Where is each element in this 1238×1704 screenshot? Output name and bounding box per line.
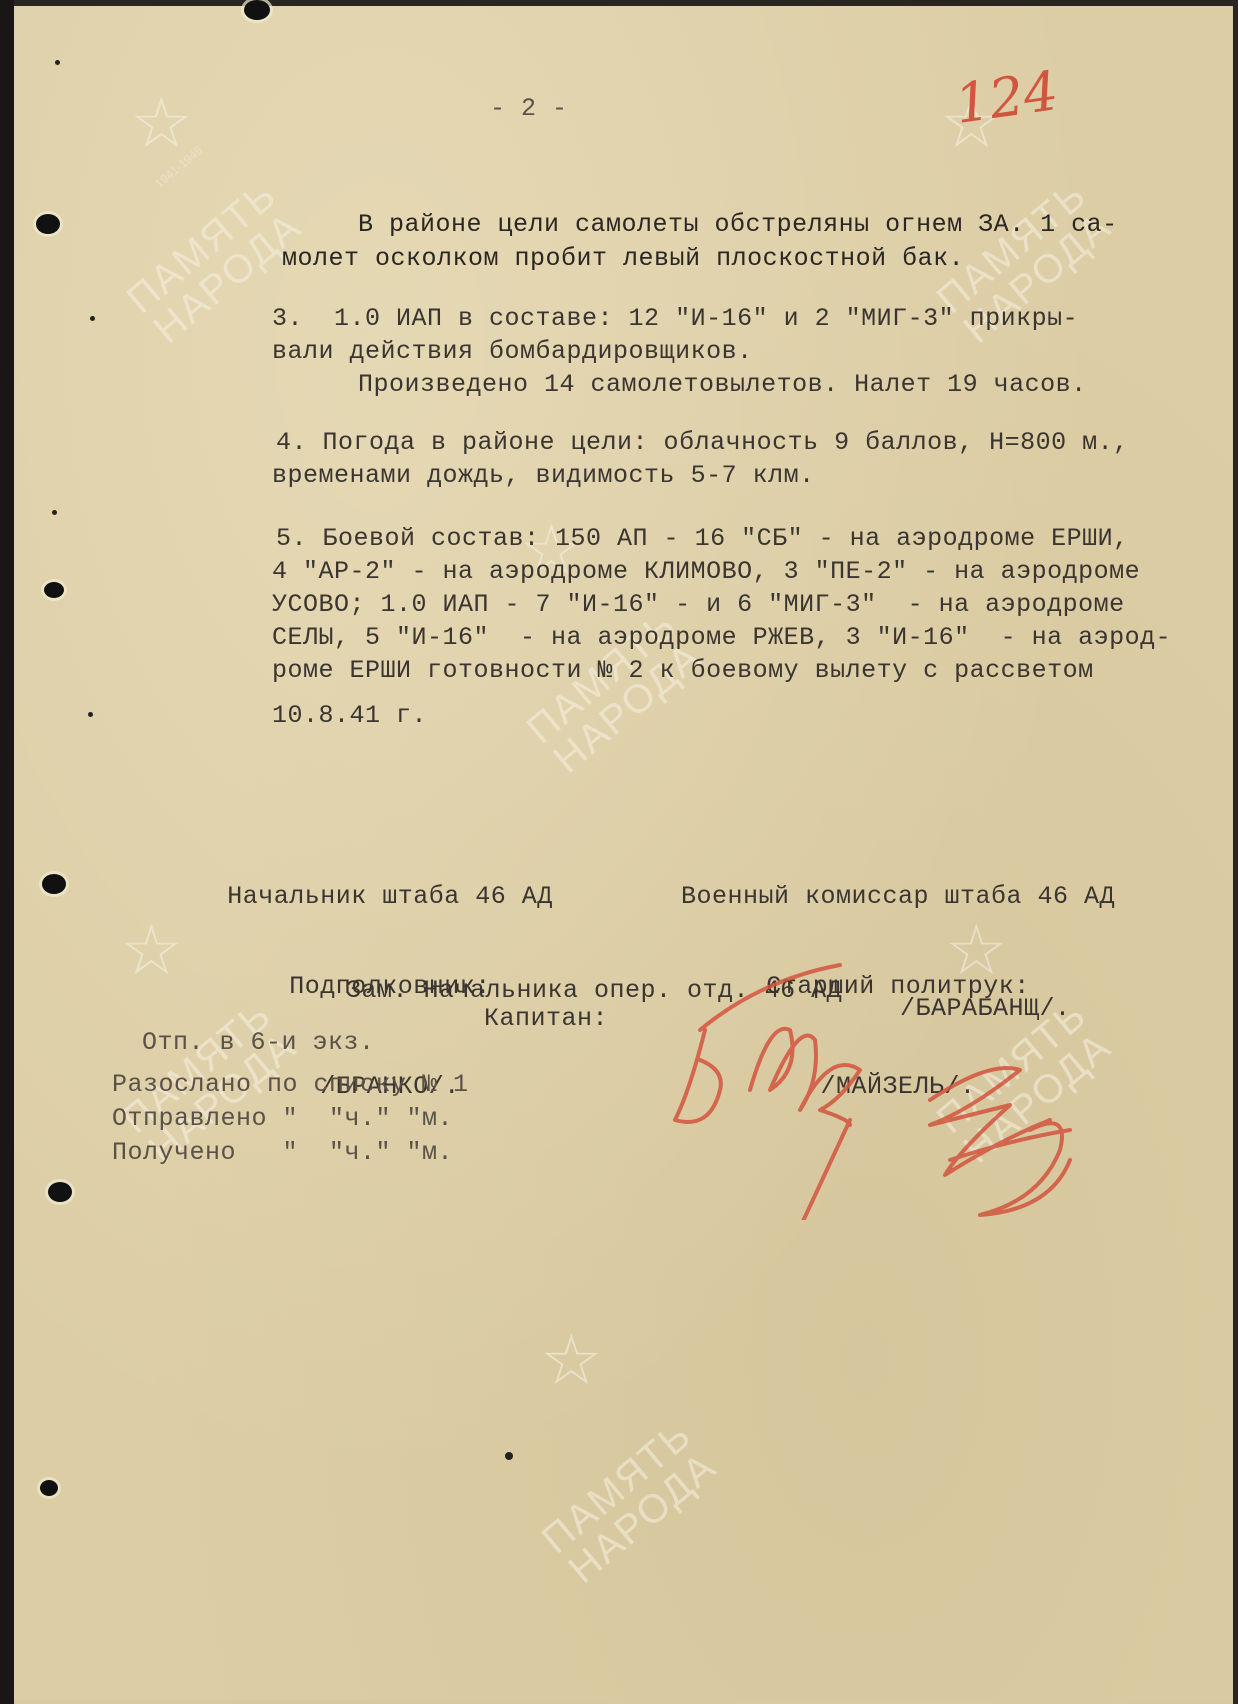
punch-hole	[244, 0, 270, 20]
signature-title: Военный комиссар штаба 46 АД	[658, 882, 1138, 912]
paragraph-5-line-6: 10.8.41 г.	[272, 699, 427, 732]
paper-speck	[88, 712, 93, 717]
paragraph-5-line-4: СЕЛЫ, 5 "И-16" - на аэродроме РЖЕВ, 3 "И…	[272, 621, 1171, 654]
handwritten-signature	[650, 960, 1100, 1220]
paragraph-4-line-2: временами дождь, видимость 5-7 клм.	[272, 459, 815, 492]
sent-note: Отправлено " "ч." "м.	[112, 1102, 453, 1135]
deputy-ops-rank: Капитан:	[484, 1002, 608, 1035]
copies-note: Отп. в 6-и экз.	[142, 1026, 375, 1059]
received-note: Получено " "ч." "м.	[112, 1136, 453, 1169]
paragraph-intro-line-2: молет осколком пробит левый плоскостной …	[282, 242, 964, 275]
scan-border-left	[0, 0, 14, 1704]
punch-hole	[40, 1480, 58, 1496]
paragraph-5-line-5: роме ЕРШИ готовности № 2 к боевому вылет…	[272, 654, 1094, 687]
paragraph-3-line-3: Произведено 14 самолетовылетов. Налет 19…	[358, 368, 1087, 401]
punch-hole	[48, 1182, 72, 1202]
paragraph-5-line-2: 4 "АР-2" - на аэродроме КЛИМОВО, 3 "ПЕ-2…	[272, 555, 1140, 588]
paragraph-3-line-2: вали действия бомбардировщиков.	[272, 335, 753, 368]
paragraph-5-line-1: 5. Боевой состав: 150 АП - 16 "СБ" - на …	[276, 522, 1129, 555]
distributed-note: Разослано по списку № 1	[112, 1068, 469, 1101]
paper-speck	[90, 316, 95, 321]
paragraph-intro-line-1: В районе цели самолеты обстреляны огнем …	[358, 208, 1118, 241]
paragraph-3-line-1: 3. 1.0 ИАП в составе: 12 "И-16" и 2 "МИГ…	[272, 302, 1078, 335]
punch-hole	[36, 214, 60, 234]
paper-speck	[505, 1452, 513, 1460]
paragraph-5-line-3: УСОВО; 1.0 ИАП - 7 "И-16" - и 6 "МИГ-3" …	[272, 588, 1125, 621]
paragraph-4-line-1: 4. Погода в районе цели: облачность 9 ба…	[276, 426, 1129, 459]
punch-hole	[44, 582, 64, 598]
paper-speck	[52, 510, 57, 515]
scan-border-right	[1233, 0, 1238, 1704]
signature-title: Начальник штаба 46 АД	[200, 882, 580, 912]
paper-speck	[55, 60, 60, 65]
page-number: - 2 -	[490, 92, 568, 125]
punch-hole	[42, 874, 66, 894]
